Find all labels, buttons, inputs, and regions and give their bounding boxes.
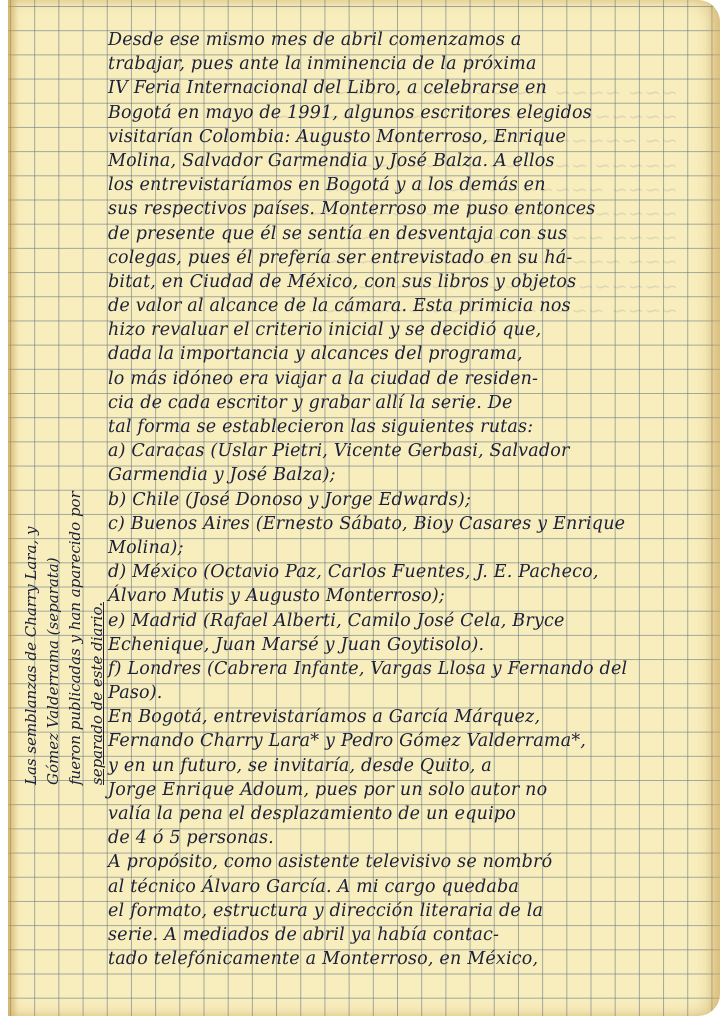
text-line: sus respectivos países. Monterroso me pu…: [108, 197, 708, 221]
text-line: visitarían Colombia: Augusto Monterroso,…: [108, 125, 708, 149]
text-line: y en un futuro, se invitaría, desde Quit…: [108, 754, 708, 778]
route-item-caracas: a) Caracas (Uslar Pietri, Vicente Gerbas…: [108, 439, 708, 463]
margin-note-line: Las semblanzas de Charry Lara, y: [20, 465, 42, 785]
page-binding-shadow: [8, 0, 18, 1016]
text-line: cia de cada escritor y grabar allí la se…: [108, 391, 708, 415]
text-line: serie. A mediados de abril ya había cont…: [108, 923, 708, 947]
text-line: dada la importancia y alcances del progr…: [108, 342, 708, 366]
margin-note-line: separado de este diario.: [86, 465, 108, 785]
route-item-mexico: d) México (Octavio Paz, Carlos Fuentes, …: [108, 560, 708, 584]
text-line: lo más idóneo era viajar a la ciudad de …: [108, 367, 708, 391]
text-line: Desde ese mismo mes de abril comenzamos …: [108, 28, 708, 52]
margin-note-line: Gómez Valderrama (separata): [42, 465, 64, 785]
text-line: de 4 ó 5 personas.: [108, 826, 708, 850]
route-item-chile: b) Chile (José Donoso y Jorge Edwards);: [108, 488, 708, 512]
handwritten-body: Desde ese mismo mes de abril comenzamos …: [108, 28, 708, 971]
page-edge-shadow: [706, 0, 720, 1016]
text-line: En Bogotá, entrevistaríamos a García Már…: [108, 705, 708, 729]
text-line: valía la pena el desplazamiento de un eq…: [108, 802, 708, 826]
margin-note: Las semblanzas de Charry Lara, y Gómez V…: [20, 465, 108, 785]
route-item-buenos-aires: c) Buenos Aires (Ernesto Sábato, Bioy Ca…: [108, 512, 708, 536]
text-line: de valor al alcance de la cámara. Esta p…: [108, 294, 708, 318]
text-line: los entrevistaríamos en Bogotá y a los d…: [108, 173, 708, 197]
text-line: IV Feria Internacional del Libro, a cele…: [108, 76, 708, 100]
text-line: tal forma se establecieron las siguiente…: [108, 415, 708, 439]
text-line: el formato, estructura y dirección liter…: [108, 899, 708, 923]
text-line: Molina, Salvador Garmendia y José Balza.…: [108, 149, 708, 173]
route-item-londres-cont: Paso).: [108, 681, 708, 705]
route-item-buenos-aires-cont: Molina);: [108, 536, 708, 560]
margin-note-line: fueron publicadas y han aparecido por: [64, 465, 86, 785]
text-line: Bogotá en mayo de 1991, algunos escritor…: [108, 101, 708, 125]
text-line: Jorge Enrique Adoum, pues por un solo au…: [108, 778, 708, 802]
text-line: tado telefónicamente a Monterroso, en Mé…: [108, 947, 708, 971]
text-line: Fernando Charry Lara* y Pedro Gómez Vald…: [108, 729, 708, 753]
text-line: bitat, en Ciudad de México, con sus libr…: [108, 270, 708, 294]
route-item-caracas-cont: Garmendia y José Balza);: [108, 463, 708, 487]
text-line: trabajar, pues ante la inminencia de la …: [108, 52, 708, 76]
route-item-mexico-cont: Álvaro Mutis y Augusto Monterroso);: [108, 584, 708, 608]
text-line: A propósito, como asistente televisivo s…: [108, 850, 708, 874]
route-item-madrid: e) Madrid (Rafael Alberti, Camilo José C…: [108, 609, 708, 633]
route-item-madrid-cont: Echenique, Juan Marsé y Juan Goytisolo).: [108, 633, 708, 657]
text-line: hizo revaluar el criterio inicial y se d…: [108, 318, 708, 342]
text-line: colegas, pues él prefería ser entrevista…: [108, 246, 708, 270]
route-item-londres: f) Londres (Cabrera Infante, Vargas Llos…: [108, 657, 708, 681]
text-line: al técnico Álvaro García. A mi cargo que…: [108, 875, 708, 899]
text-line: de presente que él se sentía en desventa…: [108, 222, 708, 246]
